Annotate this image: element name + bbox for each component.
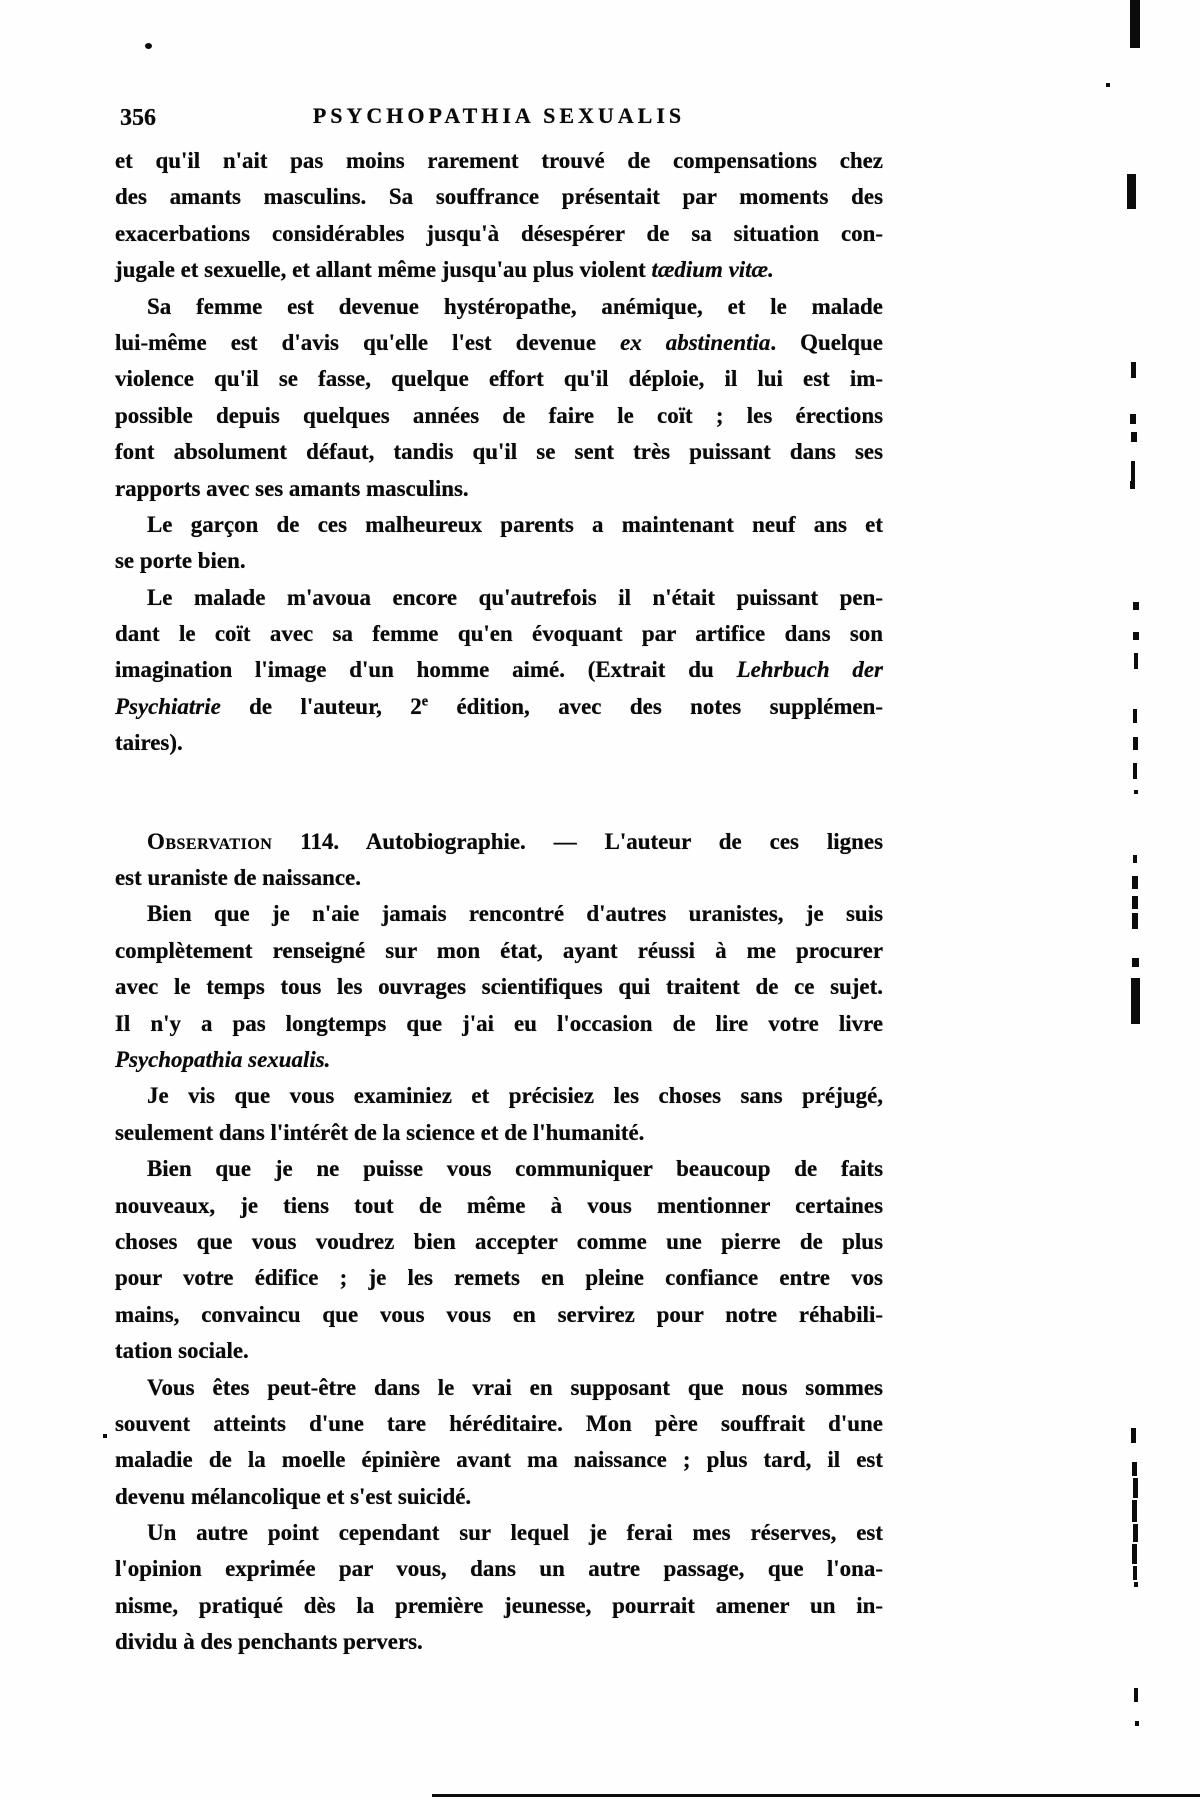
scan-speck: [1132, 958, 1139, 967]
page-header: 356 PSYCHOPATHIA SEXUALIS: [115, 103, 883, 137]
scan-speck: [1133, 632, 1139, 640]
text-line: avec le temps tous les ouvrages scientif…: [115, 969, 883, 1005]
paragraph: Sa femme est devenue hystéropathe, anémi…: [115, 289, 883, 507]
scan-bottom-rule: [432, 1794, 1200, 1797]
scan-speck: [1131, 461, 1135, 481]
text-line: lui-même est d'avis qu'elle l'est devenu…: [115, 325, 883, 361]
scan-speck: [1133, 1478, 1138, 1498]
text-line: Psychiatrie de l'auteur, 2e édition, ave…: [115, 689, 883, 725]
scan-speck: [1131, 1428, 1136, 1443]
scan-speck: [1132, 1544, 1137, 1564]
running-title: PSYCHOPATHIA SEXUALIS: [115, 103, 883, 129]
scan-speck: [1132, 913, 1138, 929]
text-line: Le garçon de ces malheureux parents a ma…: [115, 507, 883, 543]
text-line: imagination l'image d'un homme aimé. (Ex…: [115, 652, 883, 688]
text-line: se porte bien.: [115, 543, 883, 579]
scan-speck: [1131, 362, 1136, 378]
scan-speck: [103, 1434, 107, 1438]
text-line: rapports avec ses amants masculins.: [115, 471, 883, 507]
text-line: Bien que je n'aie jamais rencontré d'aut…: [115, 896, 883, 932]
scan-speck: [1133, 855, 1137, 863]
paragraph: Observation 114. Autobiographie. — L'aut…: [115, 824, 883, 897]
paragraph: Vous êtes peut-être dans le vrai en supp…: [115, 1370, 883, 1516]
text-line: Il n'y a pas longtemps que j'ai eu l'occ…: [115, 1006, 883, 1042]
text-line: seulement dans l'intérêt de la science e…: [115, 1115, 883, 1151]
scan-speck: [1106, 83, 1110, 87]
text-line: nouveaux, je tiens tout de même à vous m…: [115, 1188, 883, 1224]
text-line: violence qu'il se fasse, quelque effort …: [115, 361, 883, 397]
scan-speck: [1132, 896, 1138, 909]
scanned-book-page: 356 PSYCHOPATHIA SEXUALIS et qu'il n'ait…: [0, 0, 1200, 1800]
text-line: Un autre point cependant sur lequel je f…: [115, 1515, 883, 1551]
text-line: dividu à des penchants pervers.: [115, 1624, 883, 1660]
text-line: dant le coït avec sa femme qu'en évoquan…: [115, 616, 883, 652]
scan-speck: [1135, 1721, 1139, 1726]
text-line: est uraniste de naissance.: [115, 860, 883, 896]
scan-speck: [1134, 653, 1138, 669]
text-line: Le malade m'avoua encore qu'autrefois il…: [115, 580, 883, 616]
scan-ink-dot: [145, 43, 152, 49]
scan-speck: [1131, 432, 1137, 442]
scan-speck: [1133, 1566, 1137, 1580]
paragraph: et qu'il n'ait pas moins rarement trouvé…: [115, 143, 883, 289]
text-line: l'opinion exprimée par vous, dans un aut…: [115, 1551, 883, 1587]
text-block: et qu'il n'ait pas moins rarement trouvé…: [115, 143, 883, 1661]
text-line: tation sociale.: [115, 1333, 883, 1369]
text-line: mains, convaincu que vous vous en servir…: [115, 1297, 883, 1333]
text-line: nisme, pratiqué dès la première jeunesse…: [115, 1588, 883, 1624]
paragraph: Un autre point cependant sur lequel je f…: [115, 1515, 883, 1661]
scan-speck: [1132, 1462, 1137, 1476]
scan-speck: [1133, 709, 1137, 723]
paragraph: Bien que je n'aie jamais rencontré d'aut…: [115, 896, 883, 1078]
text-line: Je vis que vous examiniez et précisiez l…: [115, 1078, 883, 1114]
scan-edge-bar: [1130, 0, 1140, 48]
scan-speck: [1132, 1500, 1137, 1522]
text-line: Sa femme est devenue hystéropathe, anémi…: [115, 289, 883, 325]
text-line: Bien que je ne puisse vous communiquer b…: [115, 1151, 883, 1187]
text-line: souvent atteints d'une tare héréditaire.…: [115, 1406, 883, 1442]
paragraph: Je vis que vous examiniez et précisiez l…: [115, 1078, 883, 1151]
scan-edge-bar: [1127, 174, 1136, 209]
text-line: maladie de la moelle épinière avant ma n…: [115, 1442, 883, 1478]
scan-edge-bar: [1131, 978, 1140, 1024]
text-line: et qu'il n'ait pas moins rarement trouvé…: [115, 143, 883, 179]
text-line: pour votre édifice ; je les remets en pl…: [115, 1260, 883, 1296]
text-line: devenu mélancolique et s'est suicidé.: [115, 1479, 883, 1515]
text-line: Observation 114. Autobiographie. — L'aut…: [115, 824, 883, 860]
text-line: Vous êtes peut-être dans le vrai en supp…: [115, 1370, 883, 1406]
scan-speck: [1134, 1582, 1138, 1587]
text-line: choses que vous voudrez bien accepter co…: [115, 1224, 883, 1260]
text-line: font absolument défaut, tandis qu'il se …: [115, 434, 883, 470]
page-number: 356: [120, 105, 156, 132]
scan-speck: [1133, 602, 1139, 610]
scan-speck: [1134, 1688, 1138, 1702]
text-line: jugale et sexuelle, et allant même jusqu…: [115, 252, 883, 288]
text-line: taires).: [115, 725, 883, 761]
scan-speck: [1133, 1524, 1138, 1542]
scan-speck: [1130, 481, 1135, 489]
paragraph: Le malade m'avoua encore qu'autrefois il…: [115, 580, 883, 762]
text-line: complètement renseigné sur mon état, aya…: [115, 933, 883, 969]
scan-speck: [1130, 414, 1136, 424]
text-line: des amants masculins. Sa souffrance prés…: [115, 179, 883, 215]
scan-speck: [1133, 763, 1137, 779]
scan-speck: [1133, 737, 1138, 750]
text-line: possible depuis quelques années de faire…: [115, 398, 883, 434]
text-line: exacerbations considérables jusqu'à dése…: [115, 216, 883, 252]
paragraph: Le garçon de ces malheureux parents a ma…: [115, 507, 883, 580]
scan-speck: [1132, 876, 1138, 889]
text-line: Psychopathia sexualis.: [115, 1042, 883, 1078]
scan-speck: [1134, 790, 1138, 794]
paragraph: Bien que je ne puisse vous communiquer b…: [115, 1151, 883, 1369]
